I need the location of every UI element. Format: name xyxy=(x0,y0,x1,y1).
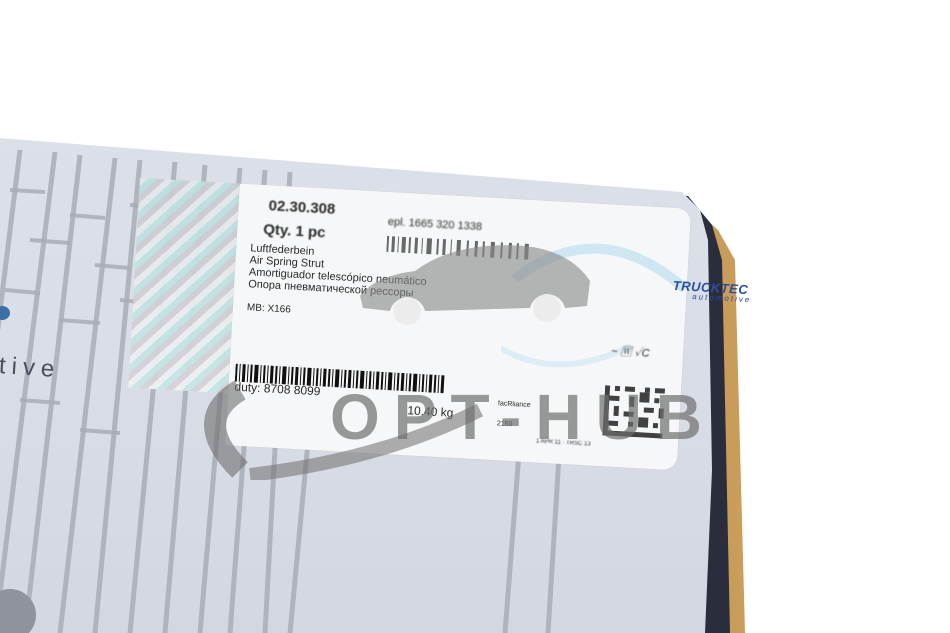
car-silhouette-icon xyxy=(355,236,595,326)
handwritten-mark: ~ 🅆 ✓C xyxy=(611,343,650,361)
vehicle-model: MB: X166 xyxy=(247,302,291,315)
quantity: Qty. 1 pc xyxy=(263,221,326,241)
box-brand-text-fragment: tive xyxy=(0,352,61,384)
watermark-text: OPT-HUB xyxy=(330,380,716,454)
trucktec-logo: TRUCKTEC automotive xyxy=(672,278,752,304)
part-number: 02.30.308 xyxy=(268,197,336,218)
photo-scene: tive 02.30.308 Qty. 1 pc epl. 1665 320 1… xyxy=(0,0,950,633)
oe-number: epl. 1665 320 1338 xyxy=(388,216,483,233)
